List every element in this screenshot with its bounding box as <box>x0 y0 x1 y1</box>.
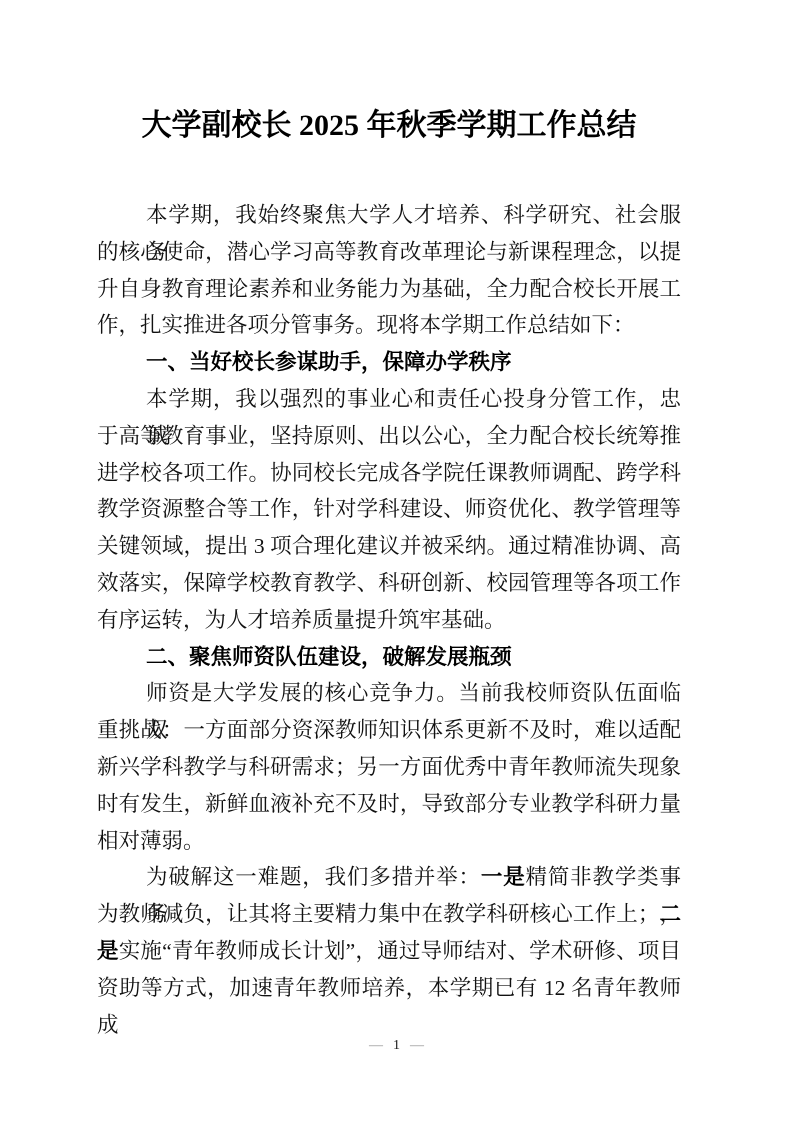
text-segment: 实施“青年教师成长计划”，通过导师结对、学术研修、项目 <box>119 939 681 963</box>
footer-right-dash: — <box>410 1038 424 1053</box>
paragraph-line: 升自身教育理论素养和业务能力为基础，全力配合校长开展工 <box>97 271 681 308</box>
text-segment: 的核心使命，潜心学习高等教育改革理论与新课程理念，以提 <box>97 240 681 264</box>
section-heading: 二、聚焦师资队伍建设，破解发展瓶颈 <box>97 639 681 676</box>
text-segment: 效落实，保障学校教育教学、科研创新、校园管理等各项工作 <box>97 571 681 595</box>
text-segment: 新兴学科教学与科研需求；另一方面优秀中青年教师流失现象 <box>97 755 681 779</box>
text-segment: 于高等教育事业，坚持原则、出以公心，全力配合校长统筹推 <box>97 424 681 448</box>
paragraph-line: 关键领域，提出 3 项合理化建议并被采纳。通过精准协调、高 <box>97 528 681 565</box>
paragraph-line: 的核心使命，潜心学习高等教育改革理论与新课程理念，以提 <box>97 234 681 271</box>
paragraph-line: 资助等方式，加速青年教师培养，本学期已有 12 名青年教师成 <box>97 970 681 1007</box>
section-heading: 一、当好校长参谋助手，保障办学秩序 <box>97 344 681 381</box>
text-segment: 为破解这一难题，我们多措并举： <box>146 865 481 889</box>
text-segment: 进学校各项工作。协同校长完成各学院任课教师调配、跨学科 <box>97 461 681 485</box>
paragraph-line: 效落实，保障学校教育教学、科研创新、校园管理等各项工作 <box>97 565 681 602</box>
paragraph-line: 本学期，我以强烈的事业心和责任心投身分管工作，忠诚 <box>97 381 681 418</box>
page-footer: —1— <box>0 1038 793 1054</box>
paragraph-line: 教学资源整合等工作，针对学科建设、师资优化、教学管理等 <box>97 491 681 528</box>
bold-emphasis: 是 <box>97 939 119 963</box>
text-segment: 关键领域，提出 3 项合理化建议并被采纳。通过精准协调、高 <box>97 534 681 558</box>
paragraph-line: 为破解这一难题，我们多措并举：一是精简非教学类事务， <box>97 859 681 896</box>
paragraph-line: 相对薄弱。 <box>97 823 681 860</box>
page-number: 1 <box>383 1038 410 1053</box>
document-title: 大学副校长 2025 年秋季学期工作总结 <box>97 104 681 148</box>
text-segment: 为教师减负，让其将主要精力集中在教学科研核心工作上； <box>97 902 659 926</box>
paragraph-line: 师资是大学发展的核心竞争力。当前我校师资队伍面临双 <box>97 675 681 712</box>
document-body: 本学期，我始终聚焦大学人才培养、科学研究、社会服务的核心使命，潜心学习高等教育改… <box>97 197 681 1007</box>
text-segment: 作，扎实推进各项分管事务。现将本学期工作总结如下： <box>97 313 635 337</box>
paragraph-line: 时有发生，新鲜血液补充不及时，导致部分专业教学科研力量 <box>97 786 681 823</box>
document-page: 大学副校长 2025 年秋季学期工作总结 本学期，我始终聚焦大学人才培养、科学研… <box>0 0 793 1122</box>
paragraph-line: 重挑战：一方面部分资深教师知识体系更新不及时，难以适配 <box>97 712 681 749</box>
paragraph-line: 进学校各项工作。协同校长完成各学院任课教师调配、跨学科 <box>97 455 681 492</box>
text-segment: 时有发生，新鲜血液补充不及时，导致部分专业教学科研力量 <box>97 792 681 816</box>
bold-emphasis: 二 <box>659 902 681 926</box>
paragraph-line: 作，扎实推进各项分管事务。现将本学期工作总结如下： <box>97 307 681 344</box>
text-segment: 重挑战：一方面部分资深教师知识体系更新不及时，难以适配 <box>97 718 681 742</box>
text-segment: 资助等方式，加速青年教师培养，本学期已有 12 名青年教师成 <box>97 976 681 1037</box>
paragraph-line: 为教师减负，让其将主要精力集中在教学科研核心工作上；二 <box>97 896 681 933</box>
paragraph-line: 是实施“青年教师成长计划”，通过导师结对、学术研修、项目 <box>97 933 681 970</box>
paragraph-line: 于高等教育事业，坚持原则、出以公心，全力配合校长统筹推 <box>97 418 681 455</box>
bold-emphasis: 一是 <box>481 865 526 889</box>
document-content: 大学副校长 2025 年秋季学期工作总结 本学期，我始终聚焦大学人才培养、科学研… <box>97 104 681 1007</box>
text-segment: 升自身教育理论素养和业务能力为基础，全力配合校长开展工 <box>97 277 681 301</box>
text-segment: 教学资源整合等工作，针对学科建设、师资优化、教学管理等 <box>97 497 681 521</box>
text-segment: 有序运转，为人才培养质量提升筑牢基础。 <box>97 608 506 632</box>
footer-left-dash: — <box>369 1038 383 1053</box>
paragraph-line: 有序运转，为人才培养质量提升筑牢基础。 <box>97 602 681 639</box>
text-segment: 相对薄弱。 <box>97 829 205 853</box>
paragraph-line: 本学期，我始终聚焦大学人才培养、科学研究、社会服务 <box>97 197 681 234</box>
paragraph-line: 新兴学科教学与科研需求；另一方面优秀中青年教师流失现象 <box>97 749 681 786</box>
